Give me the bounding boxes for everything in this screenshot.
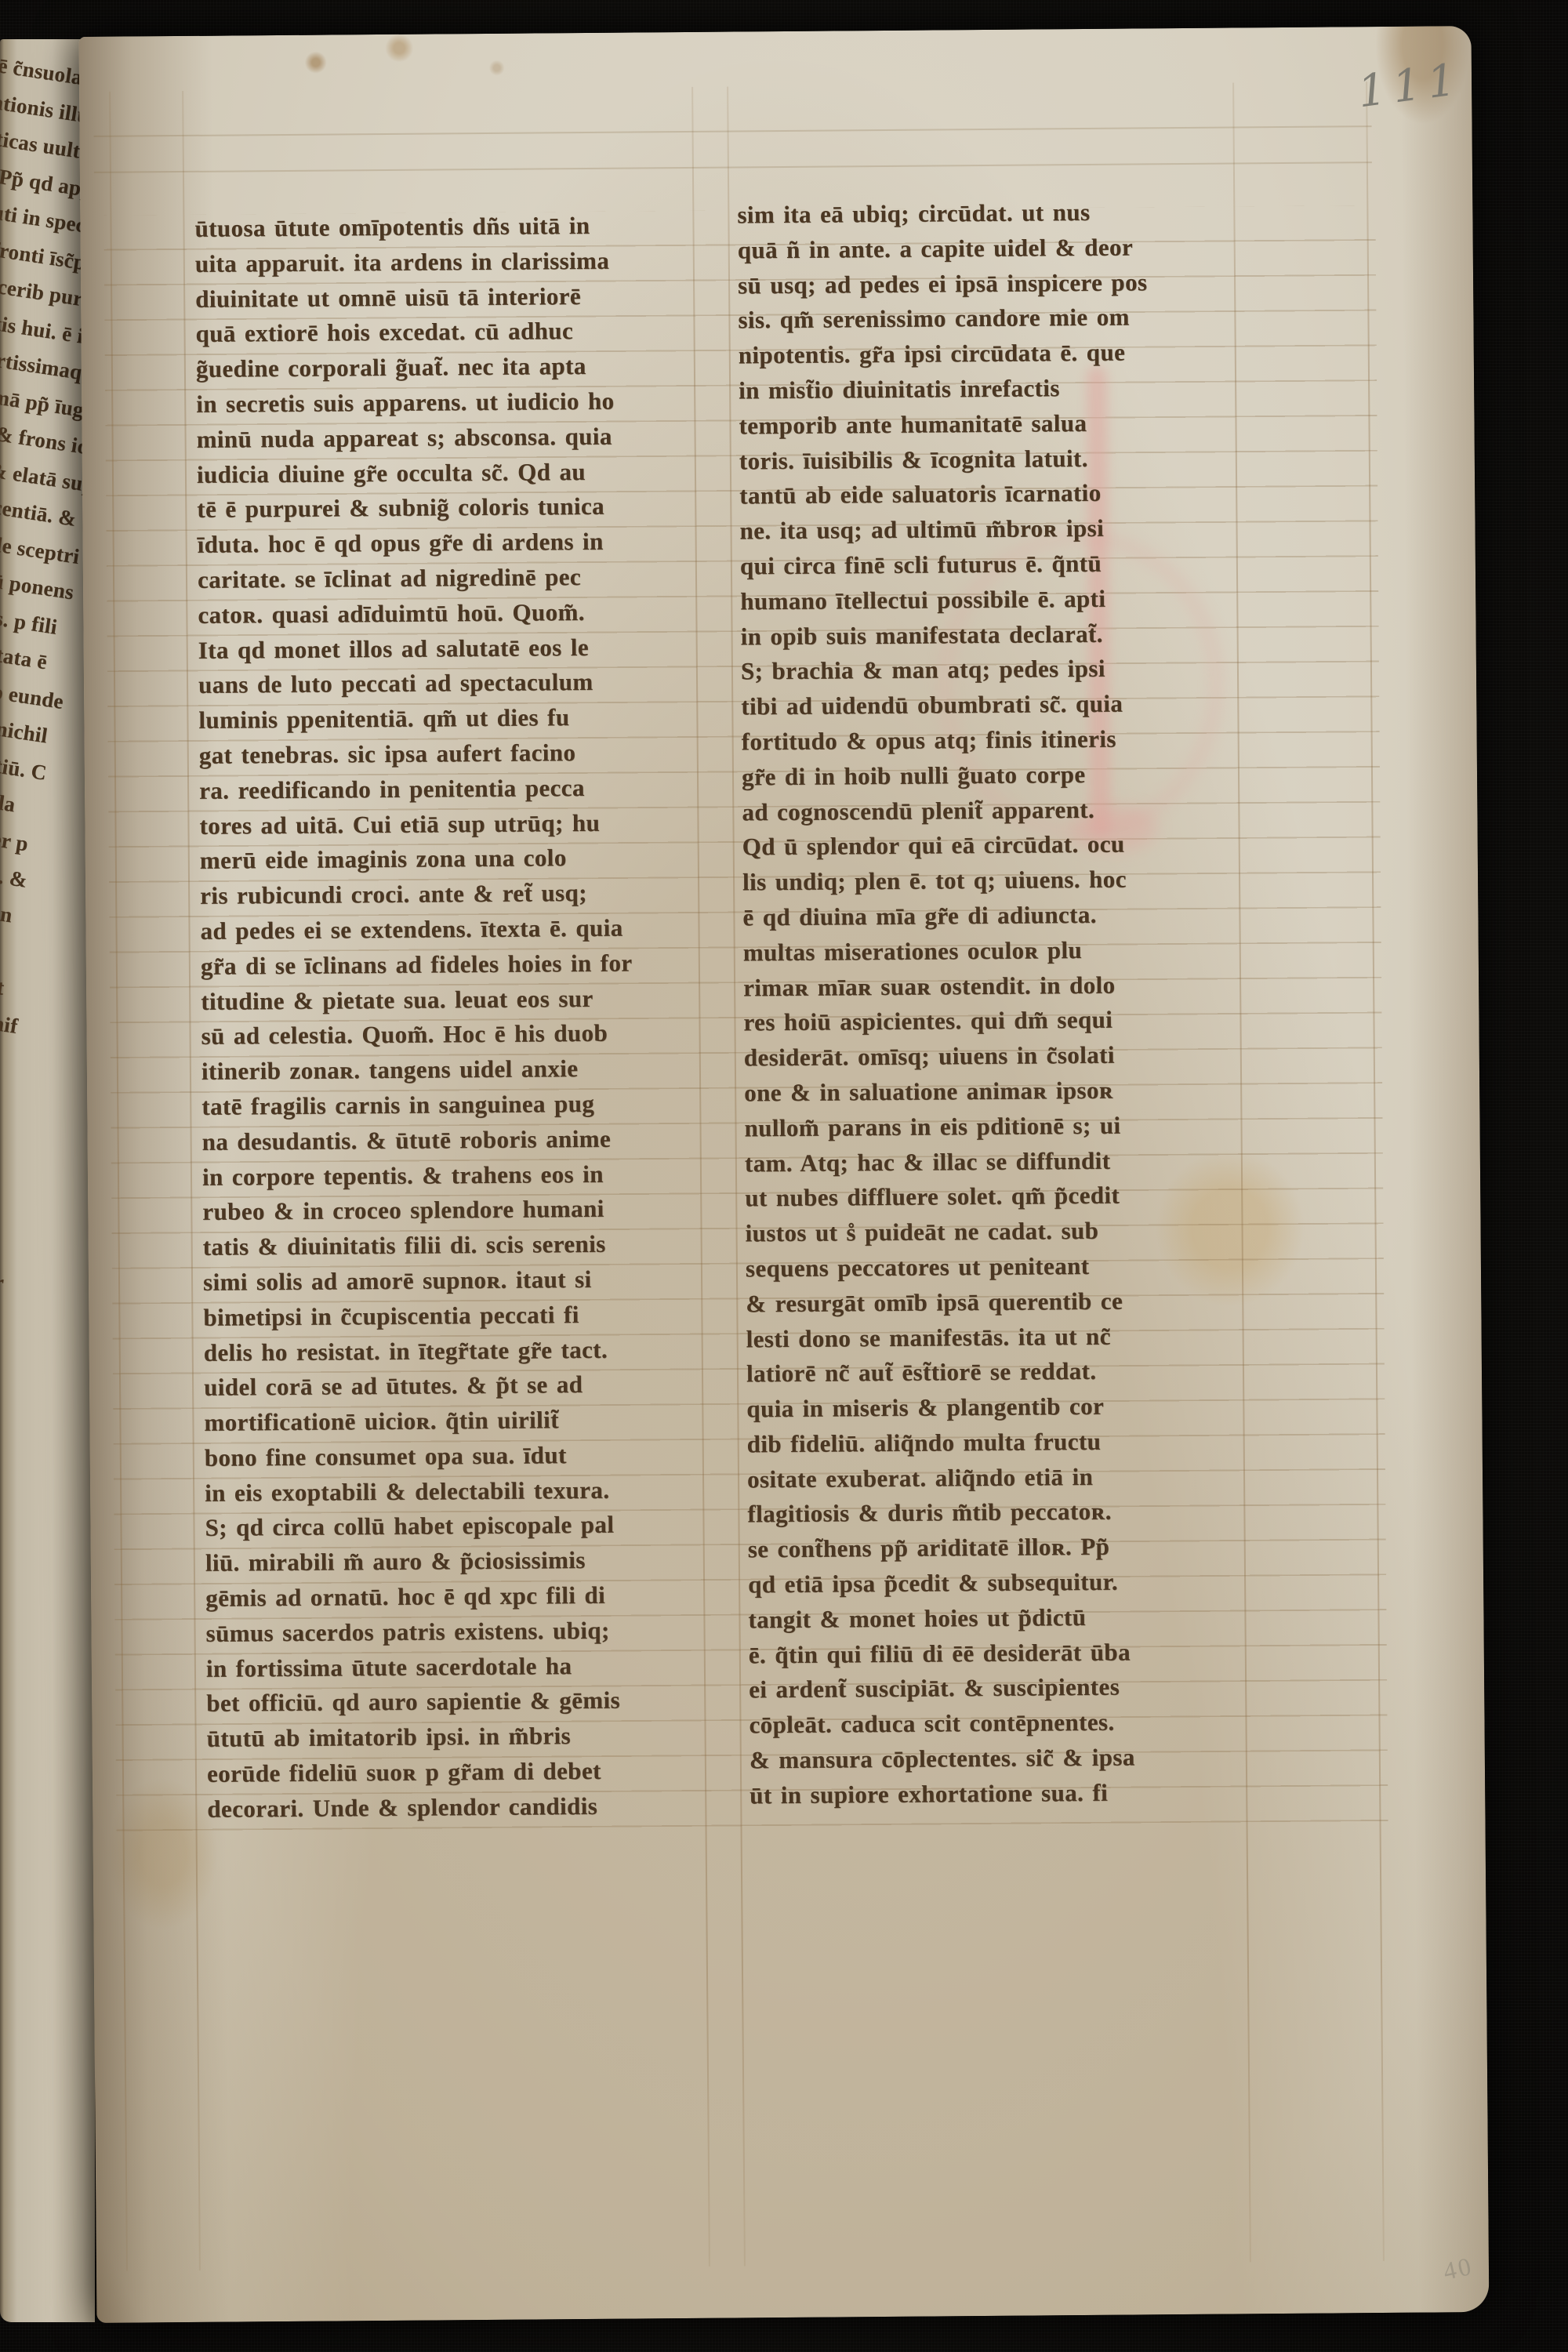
text-line: tatē fragilis carnis in sanguinea pug [201, 1086, 703, 1125]
text-line: ad pedes ei se extendens. ītexta ē. quia [200, 910, 702, 949]
text-line: gēmis ad ornatū. hoc ē qd xpc fili di [205, 1577, 707, 1617]
text-line: tangit & monet hoies ut p̃dictū [748, 1599, 1250, 1638]
text-line: Qd ū splendor qui eā circūdat. ocu [742, 826, 1244, 866]
text-line: Ita qd monet illos ad salutatē eos le [198, 629, 700, 668]
text-line: ūtutū ab imitatorib ipsi. in m̃bris [206, 1718, 708, 1757]
text-line: g̃uedine corporali g̃uat̃. nec ita apta [196, 348, 698, 387]
text-line: S; brachia & man atq; pedes ipsi [741, 651, 1243, 690]
text-line: tatis & diuinitatis filii di. scis seren… [203, 1226, 705, 1265]
text-line: eorūde fideliū suoʀ p gr̃am di debet [207, 1753, 709, 1792]
top-ruling-line [94, 162, 1372, 173]
page-edge-shadow [1401, 26, 1490, 2313]
text-line: gat tenebras. sic ipsa aufert facino [199, 735, 701, 774]
text-line: in eis exoptabili & delectabili texura. [205, 1472, 706, 1511]
text-line: humano ītellectui possibile ē. apti [740, 580, 1242, 619]
text-line: cōpleāt. caduca scit contēpnentes. [749, 1704, 1250, 1744]
text-line: sū usq; ad pedes ei ipsā inspicere pos [738, 264, 1240, 303]
text-line: nipotentis. gr̃a ipsi circūdata ē. que [739, 335, 1240, 374]
text-line: ut nubes diffluere solet. qm̃ p̃cedit [745, 1178, 1247, 1217]
text-line: temporib ante humanitatē salua [739, 405, 1240, 444]
text-line: one & in saluatione animaʀ ipsoʀ [744, 1072, 1246, 1111]
text-line: īduta. hoc ē qd opus gr̃e di ardens in [197, 524, 699, 563]
text-line: gr̃a di se īclinans ad fideles hoies in … [201, 946, 702, 985]
text-line: tibi ad uidendū obumbrati sc̃. quia [741, 686, 1243, 725]
text-line: mortificationē uicioʀ. q̃tin uirilit̃ [204, 1402, 706, 1441]
text-line: in secretis suis apparens. ut iudicio ho [196, 383, 698, 423]
text-line: ē. q̃tin qui filiū di ēē desiderāt ūba [749, 1634, 1250, 1673]
text-line: gr̃e di in hoib nulli g̃uato corpe [742, 756, 1243, 795]
text-line: dib fideliū. aliq̃ndo multa fructu [747, 1423, 1249, 1462]
text-line: sim ita eā ubiq; circūdat. ut nus [737, 194, 1239, 233]
text-line: ei ardent̃ suscipiāt. & suscipientes [749, 1669, 1250, 1708]
text-line: & resurgāt omīb ipsā querentib ce [746, 1283, 1247, 1322]
text-line: lis undiq; plen ē. tot q; uiuens. hoc [742, 862, 1244, 901]
text-line: bet officiū. qd auro sapientie & gēmis [206, 1682, 708, 1722]
text-line: titudine & pietate sua. leuat eos sur [201, 980, 702, 1019]
text-line: ad cognoscendū plenit̃ apparent. [742, 791, 1243, 830]
text-line: qd etiā ipsa p̃cedit & subsequitur. [748, 1563, 1250, 1602]
text-line: quā extiorē hois excedat. cū adhuc [195, 313, 697, 352]
text-line: multas miserationes oculoʀ plu [743, 931, 1245, 971]
text-line: quia in miseris & plangentib cor [746, 1388, 1248, 1427]
text-line: desiderāt. omīsq; uiuens in c̃solati [744, 1036, 1246, 1076]
text-line: bimetipsi in c̃cupiscentia peccati fi [203, 1296, 705, 1335]
text-line: uidel corā se ad ūtutes. & p̃t se ad [204, 1367, 706, 1406]
text-line: toris. īuisibilis & īcognita latuit. [739, 440, 1241, 479]
text-line: iudicia diuine gr̃e occulta sc̃. Qd au [197, 453, 699, 492]
text-line: tē ē purpurei & subnig̃ coloris tunica [197, 488, 699, 528]
text-line: quā ñ in ante. a capite uidel & deor [738, 229, 1240, 268]
text-line: delis ho resistat. in ītegr̃tate gr̃e ta… [204, 1331, 706, 1370]
text-line: na desudantis. & ūtutē roboris anime [201, 1121, 703, 1160]
text-line: ositate exuberat. aliq̃ndo etiā in [747, 1458, 1249, 1497]
text-line: ūtuosa ūtute omīpotentis dñs uitā in [194, 208, 696, 247]
text-line: & mansura cōplectentes. sic̃ & ipsa [750, 1739, 1251, 1778]
text-line: luminis ppenitentiā. qm̃ ut dies fu [198, 699, 700, 739]
text-line: rubeo & in croceo splendore humani [202, 1191, 704, 1230]
text-line: lesti dono se manifestās. ita ut nc̃ [746, 1318, 1247, 1357]
text-line: ra. reedificando in penitentia pecca [199, 770, 701, 809]
text-line: diuinitate ut omnē uisū tā interiorē [195, 278, 697, 317]
text-line: res hoiū aspicientes. qui dm̃ sequi [743, 1002, 1245, 1041]
manuscript-page: ūtuosa ūtute omīpotentis dñs uitā inuita… [79, 26, 1490, 2323]
text-line: nullom̃ parans in eis pditionē s; ui [744, 1107, 1246, 1146]
text-line: bono fine consumet opa sua. īdut [205, 1437, 706, 1476]
text-line: flagitiosis & duris m̃tib peccatoʀ. [747, 1494, 1249, 1533]
text-line: tam. Atq; hac & illac se diffundit [745, 1142, 1247, 1181]
text-line: in opib suis manifestata declarat̃. [740, 615, 1242, 655]
text-line: merū eide imaginis zona una colo [200, 840, 702, 879]
text-column-left: ūtuosa ūtute omīpotentis dñs uitā inuita… [194, 208, 709, 1828]
text-line: iustos ut s̊ puideāt ne cadat. sub [745, 1212, 1247, 1251]
text-line: minū nuda appareat s; absconsa. quia [196, 419, 698, 458]
text-line: in corpore tepentis. & trahens eos in [202, 1156, 704, 1195]
text-line: S; qd circa collū habet episcopale pal [205, 1507, 706, 1546]
facing-page-edge: nē c̃nsuolare. cū piguationis illuc se d… [0, 39, 95, 2322]
text-line: ne. ita usq; ad ultimū m̃broʀ ipsi [739, 510, 1241, 550]
text-line: ē qd diuina mīa gr̃e di adiuncta. [742, 896, 1244, 935]
text-line: liū. mirabili m̃ auro & p̃ciosissimis [205, 1542, 707, 1581]
text-line: sis. qm̃ serenissimo candore mie om [738, 299, 1240, 339]
text-line: caritate. se īclinat ad nigredinē pec [198, 559, 699, 598]
text-line: simi solis ad amorē supnoʀ. itaut si [203, 1261, 705, 1301]
text-line: ūt in supiore exhortatione sua. fi [750, 1774, 1251, 1813]
text-line: rimaʀ mīaʀ suaʀ ostendit. in dolo [743, 967, 1245, 1006]
text-line: uita apparuit. ita ardens in clarissima [195, 243, 697, 282]
text-line: in mist̃io diuinitatis inrefactis [739, 369, 1240, 408]
text-line: itinerib zonaʀ. tangens uidel anxie [201, 1051, 703, 1090]
text-line: latiorē nc̃ aut̃ ēst̃tiorē se reddat. [746, 1353, 1248, 1392]
text-line: tores ad uitā. Cui etiā sup utrūq; hu [199, 804, 701, 844]
text-line: sū ad celestia. Quom̃. Hoc ē his duob [201, 1015, 702, 1054]
text-line: ris rubicundi croci. ante & ret̃ usq; [200, 875, 702, 914]
photograph-background: { "page": { "folio_number": "111", "corn… [0, 0, 1568, 2352]
text-line: uans de luto peccati ad spectaculum [198, 664, 700, 703]
text-line: tantū ab eide saluatoris īcarnatio [739, 475, 1241, 514]
text-line: sūmus sacerdos patris existens. ubiq; [205, 1613, 707, 1652]
text-line: sequens peccatores ut peniteant [746, 1247, 1247, 1287]
text-column-right: sim ita eā ubiq; circūdat. ut nusquā ñ i… [737, 194, 1251, 1813]
text-line: in fortissima ūtute sacerdotale ha [206, 1647, 708, 1686]
text-line: decorari. Unde & splendor candidis [207, 1788, 709, 1828]
text-line: catoʀ. quasi adīduimtū hoū. Quom̃. [198, 594, 699, 633]
text-line: qui circa finē scli futurus ē. q̃ntū [740, 545, 1242, 584]
top-ruling-line [94, 125, 1372, 137]
text-line: se cont̃hens pp̃ ariditatē illoʀ. Pp̃ [748, 1529, 1250, 1568]
text-line: fortitudo & opus atq; finis itineris [741, 720, 1243, 760]
